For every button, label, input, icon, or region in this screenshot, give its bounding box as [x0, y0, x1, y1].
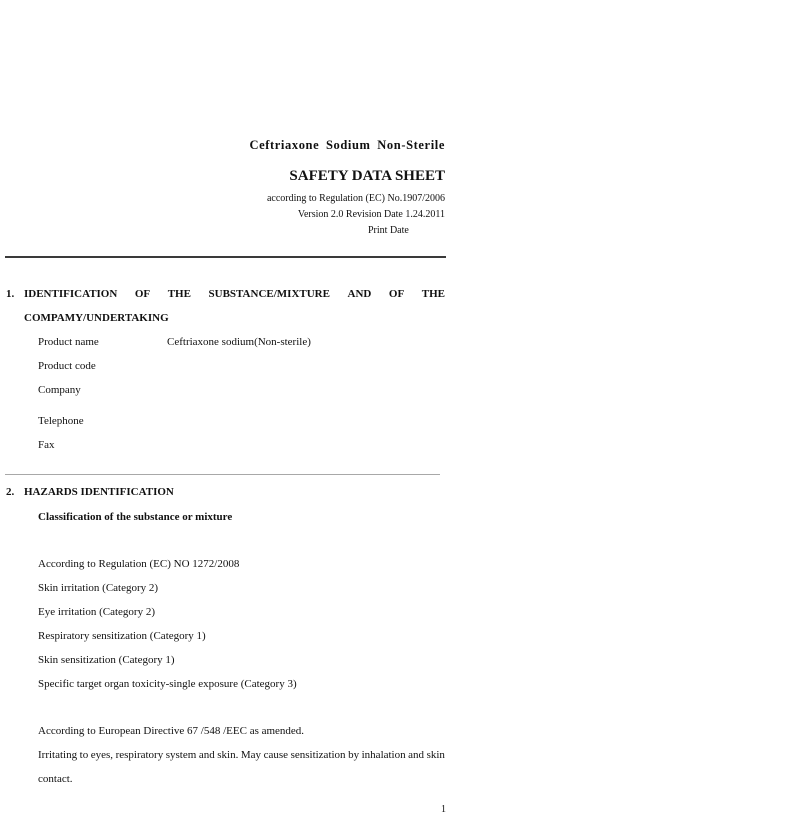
product-name-label: Product name — [38, 336, 99, 348]
dsd-word: skin — [427, 749, 445, 761]
dsd-word: and — [199, 749, 215, 761]
document-title: SAFETY DATA SHEET — [289, 168, 445, 185]
fax-label: Fax — [38, 439, 55, 451]
dsd-word: May — [241, 749, 261, 761]
product-code-label: Product code — [38, 360, 96, 372]
print-date-label: Print Date — [368, 225, 409, 236]
company-label: Company — [38, 384, 81, 396]
header-divider — [5, 256, 446, 258]
dsd-word: to — [80, 749, 89, 761]
page-number: 1 — [441, 804, 446, 815]
dsd-word: and — [408, 749, 424, 761]
regulation-reference: according to Regulation (EC) No.1907/200… — [267, 193, 445, 204]
dsd-heading: According to European Directive 67 /548 … — [38, 725, 304, 737]
dsd-text-line-1: Irritating to eyes, respiratory system a… — [38, 749, 445, 761]
dsd-word: by — [348, 749, 359, 761]
section-1-title-line-2: COMPAMY/UNDERTAKING — [24, 312, 169, 324]
hazard-classification-item: Respiratory sensitization (Category 1) — [38, 630, 206, 642]
section-2-title: HAZARDS IDENTIFICATION — [24, 486, 174, 498]
dsd-word: cause — [264, 749, 288, 761]
dsd-word: Irritating — [38, 749, 77, 761]
dsd-word: inhalation — [362, 749, 406, 761]
dsd-word: respiratory — [116, 749, 164, 761]
section-1-title-word: THE — [168, 288, 191, 300]
dsd-word: system — [166, 749, 197, 761]
dsd-word: sensitization — [291, 749, 346, 761]
clp-heading: According to Regulation (EC) NO 1272/200… — [38, 558, 239, 570]
section-1-title-word: OF — [135, 288, 150, 300]
telephone-label: Telephone — [38, 415, 84, 427]
section-2-number: 2. — [6, 486, 14, 498]
hazard-classification-item: Eye irritation (Category 2) — [38, 606, 155, 618]
dsd-word: skin. — [217, 749, 238, 761]
hazard-classification-item: Specific target organ toxicity-single ex… — [38, 678, 297, 690]
product-title: Ceftriaxone Sodium Non-Sterile — [249, 138, 445, 153]
hazard-classification-item: Skin irritation (Category 2) — [38, 582, 158, 594]
section-1-title-word: THE — [422, 288, 445, 300]
hazard-classification-item: Skin sensitization (Category 1) — [38, 654, 175, 666]
dsd-text-line-2: contact. — [38, 773, 73, 785]
section-1-number: 1. — [6, 288, 14, 300]
section-1-title-line-1: IDENTIFICATION OF THE SUBSTANCE/MIXTURE … — [24, 288, 445, 300]
classification-subtitle: Classification of the substance or mixtu… — [38, 511, 232, 523]
product-name-value: Ceftriaxone sodium(Non-sterile) — [167, 336, 311, 348]
section-1-title-word: AND — [348, 288, 372, 300]
section-1-title-word: OF — [389, 288, 404, 300]
section-divider — [5, 474, 440, 475]
section-1-title-word: IDENTIFICATION — [24, 288, 117, 300]
dsd-word: eyes, — [91, 749, 113, 761]
section-1-title-word: SUBSTANCE/MIXTURE — [209, 288, 330, 300]
version-revision-date: Version 2.0 Revision Date 1.24.2011 — [298, 209, 445, 220]
